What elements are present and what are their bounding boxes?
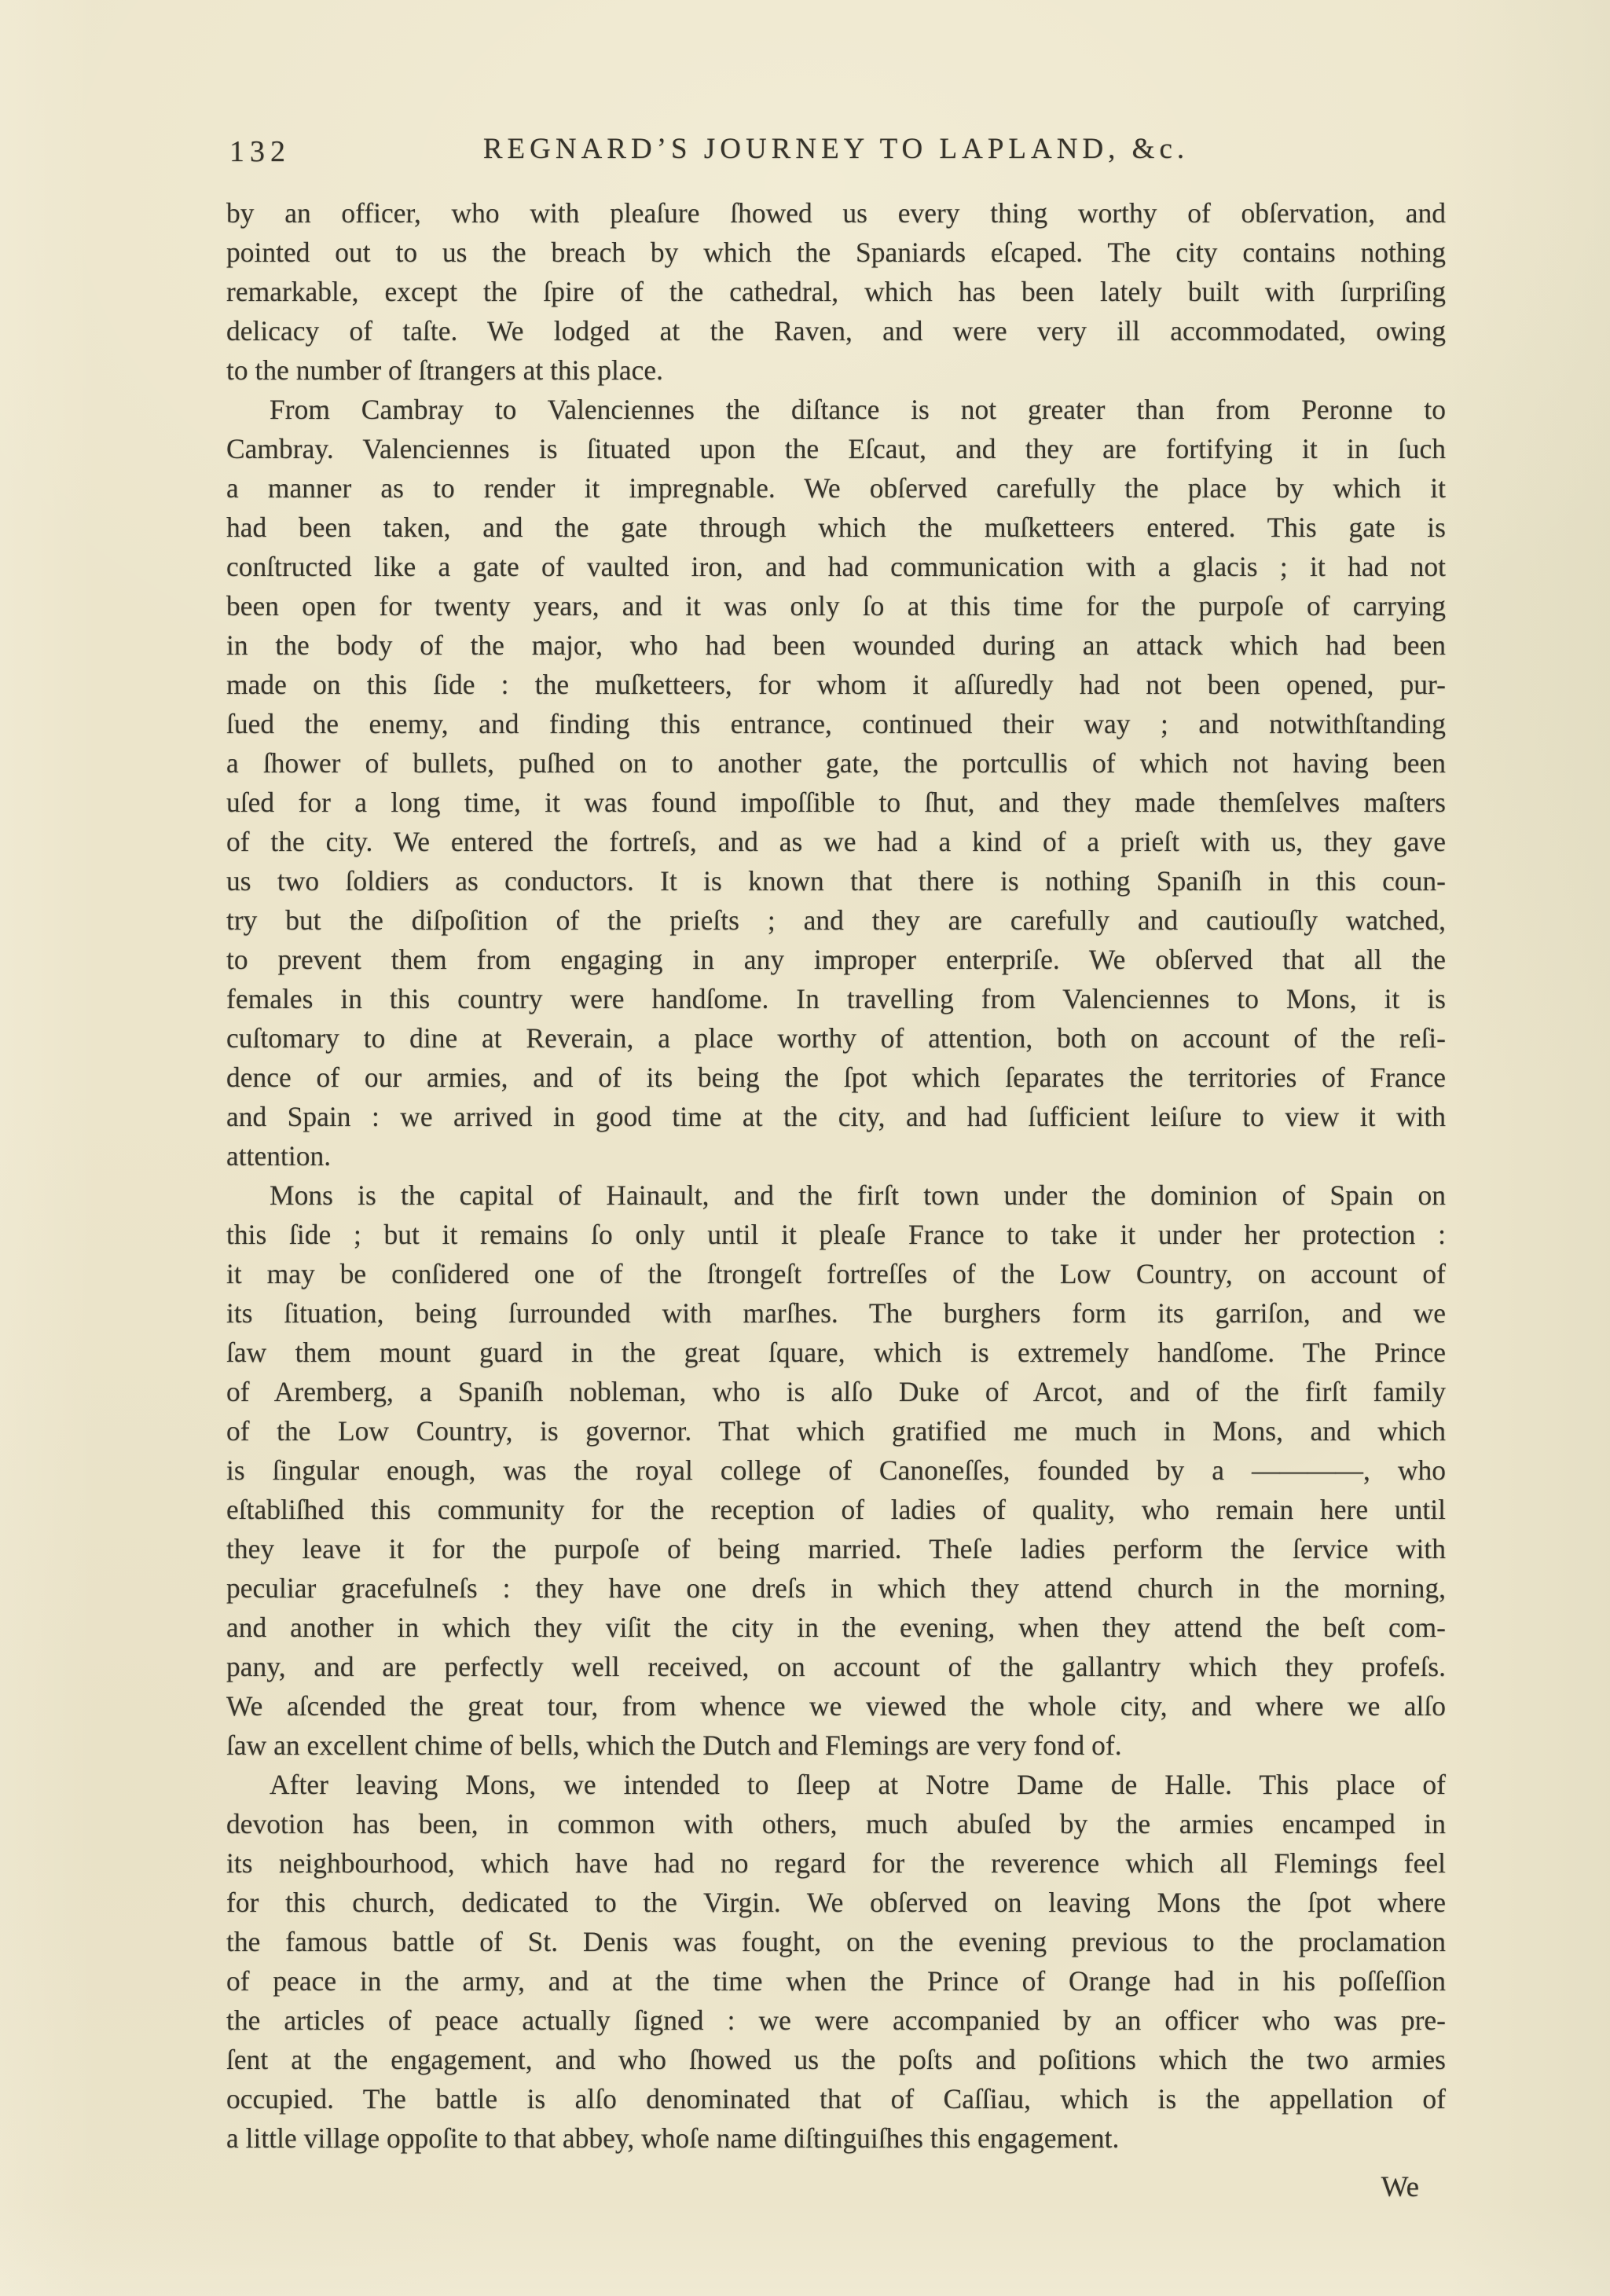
text-line: it may be conſidered one of the ſtrongeſ… (226, 1254, 1446, 1293)
paragraph: After leaving Mons, we intended to ſleep… (226, 1765, 1446, 2158)
text-line: ſent at the engagement, and who ſhowed u… (226, 2040, 1446, 2079)
page-number: 132 (229, 133, 291, 171)
text-line: been open for twenty years, and it was o… (226, 586, 1446, 625)
text-line: peculiar gracefulneſs : they have one dr… (226, 1568, 1446, 1608)
text-line: a ſhower of bullets, puſhed on to anothe… (226, 743, 1446, 783)
text-line: of peace in the army, and at the time wh… (226, 1961, 1446, 2001)
text-line: ſued the enemy, and finding this entranc… (226, 704, 1446, 743)
text-line: devotion has been, in common with others… (226, 1804, 1446, 1843)
text-line: eſtabliſhed this community for the recep… (226, 1490, 1446, 1529)
text-line: dence of our armies, and of its being th… (226, 1058, 1446, 1097)
body-text: by an officer, who with pleaſure ſhowed … (226, 193, 1446, 2158)
text-line: females in this country were handſome. I… (226, 979, 1446, 1018)
text-line: occupied. The battle is alſo denominated… (226, 2079, 1446, 2118)
text-line: is ſingular enough, was the royal colleg… (226, 1451, 1446, 1490)
text-line: made on this ſide : the muſketteers, for… (226, 665, 1446, 704)
text-line: of the city. We entered the fortreſs, an… (226, 822, 1446, 861)
text-line: remarkable, except the ſpire of the cath… (226, 272, 1446, 311)
text-line: After leaving Mons, we intended to ſleep… (226, 1765, 1446, 1804)
text-line: pointed out to us the breach by which th… (226, 233, 1446, 272)
text-line: conſtructed like a gate of vaulted iron,… (226, 547, 1446, 586)
text-line: in the body of the major, who had been w… (226, 625, 1446, 665)
text-line: by an officer, who with pleaſure ſhowed … (226, 193, 1446, 233)
text-line: try but the diſpoſition of the prieſts ;… (226, 900, 1446, 940)
text-line: its ſituation, being ſurrounded with mar… (226, 1293, 1446, 1333)
text-line: the famous battle of St. Denis was fough… (226, 1922, 1446, 1961)
scanned-book-page: { "page": { "number": "132", "running_ti… (0, 0, 1610, 2296)
text-line: and Spain : we arrived in good time at t… (226, 1097, 1446, 1136)
text-line: pany, and are perfectly well received, o… (226, 1647, 1446, 1686)
text-line: a manner as to render it impregnable. We… (226, 468, 1446, 508)
text-line: cuſtomary to dine at Reverain, a place w… (226, 1018, 1446, 1058)
text-line: for this church, dedicated to the Virgin… (226, 1883, 1446, 1922)
text-line: a little village oppoſite to that abbey,… (226, 2118, 1446, 2158)
running-title: REGNARD’S JOURNEY TO LAPLAND, &c. (483, 133, 1189, 165)
text-line: they leave it for the purpoſe of being m… (226, 1529, 1446, 1568)
text-line: had been taken, and the gate through whi… (226, 508, 1446, 547)
text-line: delicacy of taſte. We lodged at the Rave… (226, 311, 1446, 350)
text-line: Mons is the capital of Hainault, and the… (226, 1176, 1446, 1215)
text-line: the articles of peace actually ſigned : … (226, 2001, 1446, 2040)
text-line: of Aremberg, a Spaniſh nobleman, who is … (226, 1372, 1446, 1411)
text-line: ſaw them mount guard in the great ſquare… (226, 1333, 1446, 1372)
text-line: its neighbourhood, which have had no reg… (226, 1843, 1446, 1883)
text-line: and another in which they viſit the city… (226, 1608, 1446, 1647)
page-header: 132 REGNARD’S JOURNEY TO LAPLAND, &c. (226, 130, 1446, 168)
text-line: Cambray. Valenciennes is ſituated upon t… (226, 429, 1446, 468)
catchword: We (226, 2170, 1446, 2204)
paragraph: by an officer, who with pleaſure ſhowed … (226, 193, 1446, 390)
text-line: us two ſoldiers as conductors. It is kno… (226, 861, 1446, 900)
paragraph: Mons is the capital of Hainault, and the… (226, 1176, 1446, 1765)
text-line: to the number of ſtrangers at this place… (226, 350, 1446, 390)
text-line: ſaw an excellent chime of bells, which t… (226, 1726, 1446, 1765)
text-line: From Cambray to Valenciennes the diſtanc… (226, 390, 1446, 429)
text-line: this ſide ; but it remains ſo only until… (226, 1215, 1446, 1254)
text-line: uſed for a long time, it was found impoſ… (226, 783, 1446, 822)
text-line: We aſcended the great tour, from whence … (226, 1686, 1446, 1726)
text-line: to prevent them from engaging in any imp… (226, 940, 1446, 979)
text-line: of the Low Country, is governor. That wh… (226, 1411, 1446, 1451)
text-line: attention. (226, 1136, 1446, 1176)
paragraph: From Cambray to Valenciennes the diſtanc… (226, 390, 1446, 1176)
